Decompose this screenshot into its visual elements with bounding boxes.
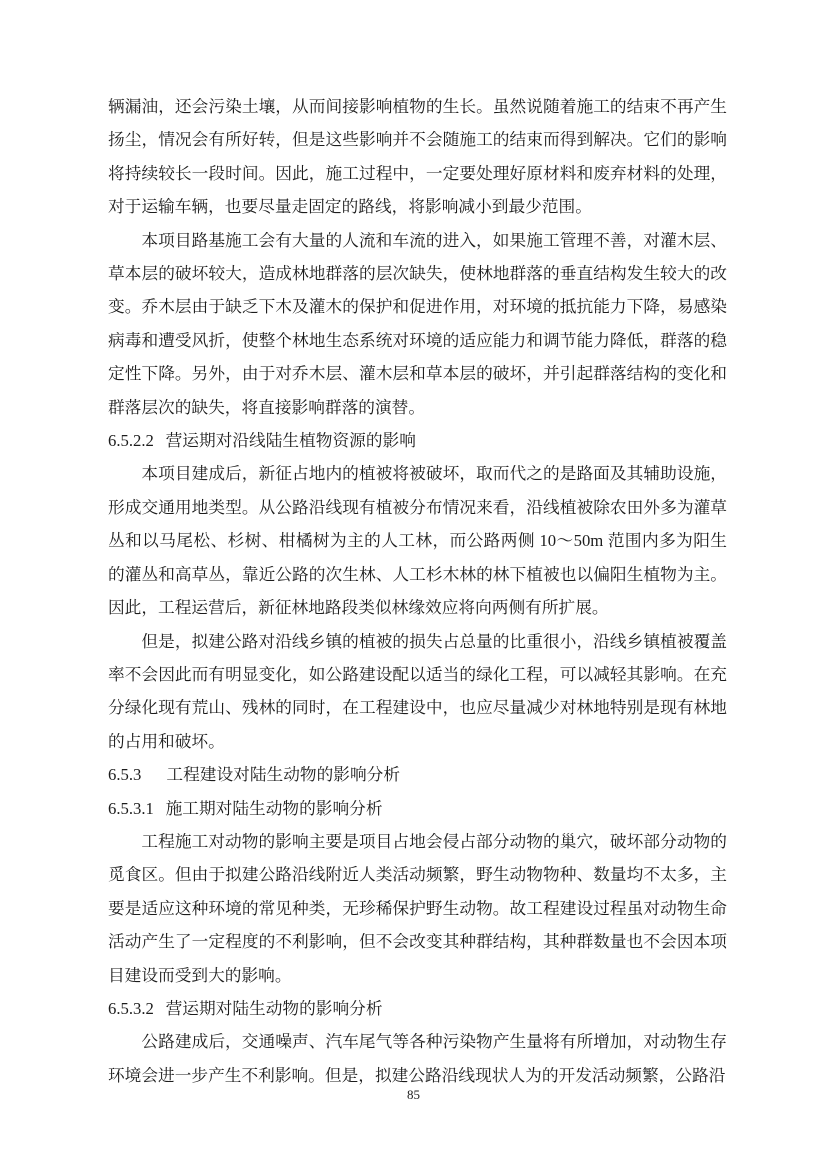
paragraph-operation-period-vegetation: 本项目建成后，新征占地内的植被将被破坏，取而代之的是路面及其辅助设施，形成交通用… bbox=[108, 457, 727, 624]
paragraph-vegetation-coverage-mitigation: 但是，拟建公路对沿线乡镇的植被的损失占总量的比重很小，沿线乡镇植被覆盖率不会因此… bbox=[108, 625, 727, 759]
section-number: 6.5.3.2 bbox=[108, 999, 154, 1018]
paragraph-construction-impact-continuation: 辆漏油，还会污染土壤，从而间接影响植物的生长。虽然说随着施工的结束不再产生扬尘，… bbox=[108, 90, 727, 224]
section-title: 工程建设对陆生动物的影响分析 bbox=[166, 765, 400, 784]
section-heading-6-5-3-2: 6.5.3.2营运期对陆生动物的影响分析 bbox=[108, 992, 727, 1025]
page-footer: 85 bbox=[0, 1086, 827, 1104]
document-page: 辆漏油，还会污染土壤，从而间接影响植物的生长。虽然说随着施工的结束不再产生扬尘，… bbox=[0, 0, 827, 1169]
section-heading-6-5-3: 6.5.3工程建设对陆生动物的影响分析 bbox=[108, 758, 727, 791]
section-title: 施工期对陆生动物的影响分析 bbox=[166, 799, 383, 818]
document-body: 辆漏油，还会污染土壤，从而间接影响植物的生长。虽然说随着施工的结束不再产生扬尘，… bbox=[108, 90, 727, 1092]
section-heading-6-5-3-1: 6.5.3.1施工期对陆生动物的影响分析 bbox=[108, 792, 727, 825]
paragraph-construction-period-animals: 工程施工对动物的影响主要是项目占地会侵占部分动物的巢穴，破坏部分动物的觅食区。但… bbox=[108, 825, 727, 992]
page-number: 85 bbox=[407, 1087, 420, 1102]
section-number: 6.5.3.1 bbox=[108, 799, 154, 818]
section-title: 营运期对沿线陆生植物资源的影响 bbox=[166, 431, 416, 450]
section-number: 6.5.3 bbox=[108, 765, 141, 784]
paragraph-operation-period-animals: 公路建成后，交通噪声、汽车尾气等各种污染物产生量将有所增加，对动物生存环境会进一… bbox=[108, 1025, 727, 1092]
section-heading-6-5-2-2: 6.5.2.2营运期对沿线陆生植物资源的影响 bbox=[108, 424, 727, 457]
section-number: 6.5.2.2 bbox=[108, 431, 154, 450]
paragraph-roadbed-construction-impact: 本项目路基施工会有大量的人流和车流的进入，如果施工管理不善，对灌木层、草本层的破… bbox=[108, 224, 727, 424]
section-title: 营运期对陆生动物的影响分析 bbox=[166, 999, 383, 1018]
